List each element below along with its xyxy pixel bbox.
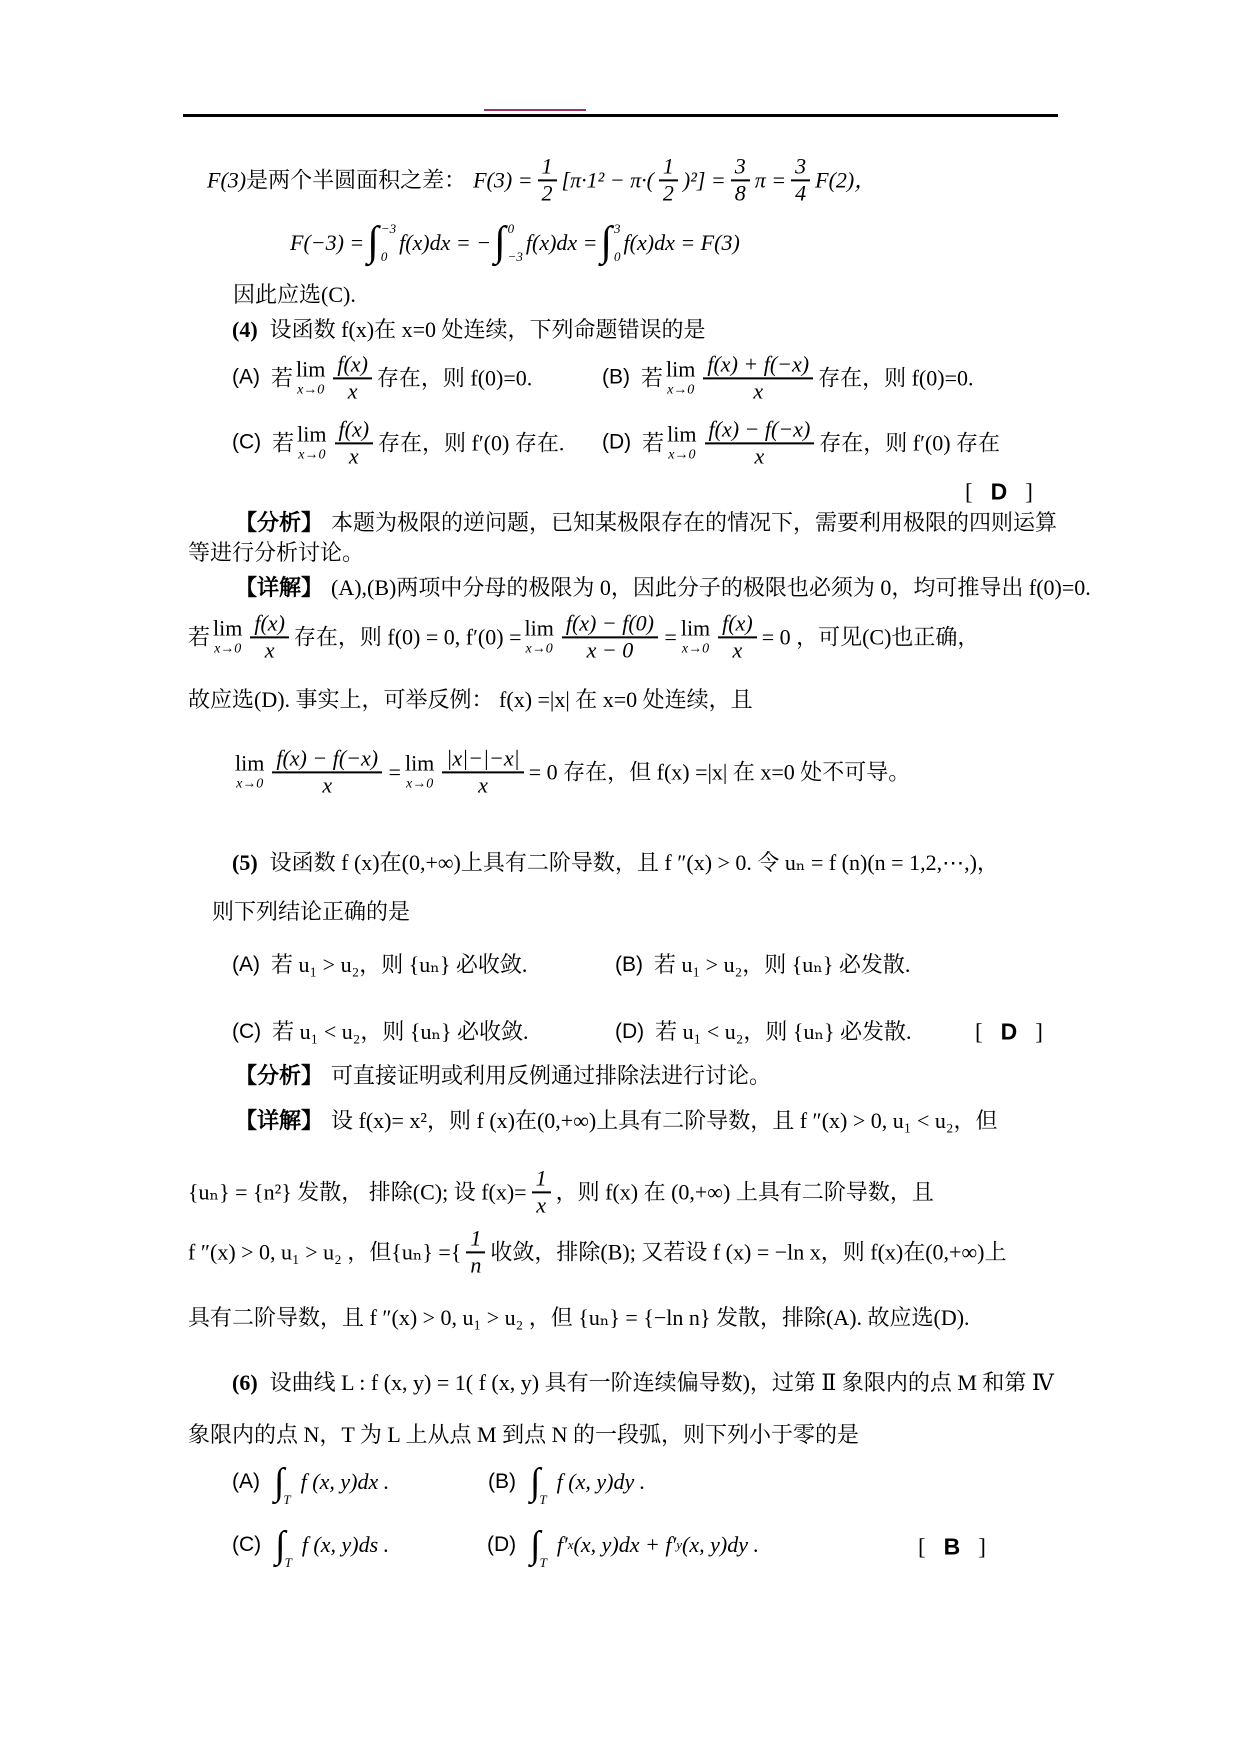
bracket-left: [	[918, 1531, 926, 1562]
fraction-3-8: 38	[731, 154, 750, 205]
option-post: 存在，则 f′(0) 存在	[819, 428, 1000, 458]
upper-bound: −3	[381, 220, 396, 238]
lim-word: lim	[297, 424, 326, 446]
lim-word: lim	[666, 359, 695, 381]
option-body: (x, y)dy .	[682, 1530, 759, 1560]
q5-detail-line3: f ″(x) > 0, u₁ > u₂ ，但{uₙ} ={ 1n 收敛，排除(B…	[188, 1226, 1006, 1277]
line-integral: ∫T	[275, 1527, 299, 1563]
limit-operator: limx→0	[667, 424, 696, 463]
bracket-left: [	[965, 476, 973, 507]
q6-option-d: (D) ∫T f′x (x, y)dx + f′y (x, y)dy .	[487, 1527, 759, 1563]
question-number: (4)	[232, 315, 258, 345]
bracket-right: ]	[1035, 1016, 1043, 1047]
q4-detail-formula: 若 limx→0 f(x)x 存在，则 f(0) = 0, f′(0) = li…	[188, 611, 979, 662]
numerator: f(x) − f(−x)	[272, 746, 382, 773]
answer-letter: D	[991, 476, 1008, 507]
limit-operator: limx→0	[666, 359, 695, 398]
math-eq: )²] =	[683, 165, 726, 195]
q5-option-c: (C) 若 u₁ < u₂，则 {uₙ} 必收敛.	[232, 1017, 529, 1047]
fraction: f(x)x	[333, 352, 372, 403]
integral-subscript: T	[285, 1554, 292, 1572]
option-label: (A)	[232, 951, 260, 979]
zh-intro: 是两个半圆面积之差：	[246, 165, 466, 195]
option-post: 存在，则 f′(0) 存在.	[378, 428, 564, 458]
integral-subscript: T	[283, 1491, 290, 1509]
lim-subscript: x→0	[526, 643, 553, 657]
option-label: (D)	[615, 1018, 644, 1046]
fraction: f(x) − f(−x)x	[272, 746, 382, 797]
detail-mid: 存在，则 f(0) = 0, f′(0) =	[294, 622, 522, 652]
lim-word: lim	[213, 618, 242, 640]
fraction: |x|−|−x|x	[442, 746, 523, 797]
numerator: f(x) − f(0)	[562, 611, 658, 638]
integral-subscript: T	[539, 1491, 546, 1509]
denominator: x	[532, 1193, 550, 1218]
header-divider-line	[183, 114, 1058, 117]
question-6-stem2: 象限内的点 N，T 为 L 上从点 M 到点 N 的一段弧，则下列小于零的是	[188, 1420, 859, 1450]
detail-text: {uₙ} = {n²} 发散， 排除(C); 设 f(x)=	[188, 1177, 527, 1207]
line-integral: ∫T	[530, 1464, 554, 1500]
option-post: 存在，则 f(0)=0.	[377, 363, 532, 393]
q5-detail-line1: 【详解】 设 f(x)= x²，则 f (x)在(0,+∞)上具有二阶导数，且 …	[235, 1106, 998, 1136]
q4-option-a: (A) 若 limx→0 f(x)x 存在，则 f(0)=0.	[232, 352, 532, 403]
denominator: x	[751, 444, 769, 469]
formula-f3-semicircle: F(3) 是两个半圆面积之差： F(3) = 12 [π·1² − π·( 12…	[207, 154, 876, 205]
lim-word: lim	[296, 359, 325, 381]
q6-option-b: (B) ∫T f (x, y)dy .	[488, 1464, 645, 1500]
math-eq: f(x)dx = −	[399, 228, 491, 258]
analysis-text: 等进行分析讨论。	[188, 538, 364, 568]
denominator: n	[466, 1253, 485, 1278]
answer-letter: B	[944, 1531, 961, 1562]
detail-text: 故应选(D). 事实上，可举反例： f(x) =|x| 在 x=0 处连续，且	[188, 685, 753, 715]
question-4-stem: (4) 设函数 f(x)在 x=0 处连续，下列命题错误的是	[232, 315, 706, 345]
q6-option-a: (A) ∫T f (x, y)dx .	[232, 1464, 389, 1500]
option-text: 若 u₁ < u₂，则 {uₙ} 必收敛.	[272, 1017, 528, 1047]
option-label: (C)	[232, 429, 261, 457]
limit-operator: limx→0	[681, 618, 710, 657]
option-label: (A)	[232, 364, 260, 392]
math-eq: F(−3) =	[290, 228, 364, 258]
math-eq: f(x)dx =	[526, 228, 598, 258]
numerator: 1	[466, 1226, 485, 1253]
lim-subscript: x→0	[298, 449, 325, 463]
math-eq: F(2)，	[815, 165, 876, 195]
definite-integral: ∫30	[601, 219, 621, 267]
option-label: (B)	[602, 364, 630, 392]
denominator: x − 0	[583, 638, 638, 663]
option-label: (A)	[232, 1468, 260, 1496]
denominator: x	[345, 444, 363, 469]
denominator: x	[261, 638, 279, 663]
option-pre: 若	[272, 428, 294, 458]
bracket-left: [	[975, 1016, 983, 1047]
math-eq: π =	[755, 165, 786, 195]
lim-subscript: x→0	[236, 778, 263, 792]
lim-word: lim	[667, 424, 696, 446]
q4-analysis-line2: 等进行分析讨论。	[188, 538, 364, 568]
question-number: (5)	[232, 848, 258, 878]
denominator: x	[344, 379, 362, 404]
lim-subscript: x→0	[406, 778, 433, 792]
numerator: |x|−|−x|	[442, 746, 523, 773]
detail-text: f ″(x) > 0, u₁ > u₂ ，但{uₙ} ={	[188, 1237, 461, 1267]
q4-option-c: (C) 若 limx→0 f(x)x 存在，则 f′(0) 存在.	[232, 417, 564, 468]
option-label: (B)	[615, 951, 643, 979]
fraction: f(x) − f(0)x − 0	[562, 611, 658, 662]
limit-operator: limx→0	[235, 753, 264, 792]
denominator: x	[318, 773, 336, 798]
fraction-1-x: 1x	[532, 1166, 551, 1217]
q4-answer: [ D ]	[965, 476, 1033, 507]
fraction: f(x) − f(−x)x	[705, 417, 815, 468]
q4-option-d: (D) 若 limx→0 f(x) − f(−x)x 存在，则 f′(0) 存在	[602, 417, 1000, 468]
detail-pre: 若	[188, 622, 210, 652]
question-text: 设函数 f(x)在 x=0 处连续，下列命题错误的是	[270, 315, 706, 345]
document-page: F(3) 是两个半圆面积之差： F(3) = 12 [π·1² − π·( 12…	[0, 0, 1241, 1754]
option-pre: 若	[641, 363, 663, 393]
upper-bound: 3	[614, 220, 621, 238]
q5-answer: [ D ]	[975, 1016, 1043, 1047]
formula-fm3-integrals: F(−3) = ∫−30 f(x)dx = − ∫0−3 f(x)dx = ∫3…	[290, 219, 740, 267]
lim-word: lim	[524, 618, 553, 640]
fraction: f(x) + f(−x)x	[703, 352, 813, 403]
detail-text: 具有二阶导数，且 f ″(x) > 0, u₁ > u₂ ，但 {uₙ} = {…	[188, 1303, 970, 1333]
lower-bound: 0	[381, 248, 396, 266]
integral-sign: ∫	[601, 223, 613, 263]
numerator: f(x) − f(−x)	[705, 417, 815, 444]
limit-operator: limx→0	[296, 359, 325, 398]
denominator: 4	[791, 181, 810, 206]
option-text: 若 u₁ < u₂，则 {uₙ} 必发散.	[655, 1017, 911, 1047]
question-6-stem: (6) 设曲线 L : f (x, y) = 1( f (x, y) 具有一阶连…	[232, 1368, 1054, 1398]
upper-bound: 0	[508, 220, 523, 238]
lim-word: lim	[405, 753, 434, 775]
math-eq: f(x)dx = F(3)	[624, 228, 740, 258]
q4-option-b: (B) 若 limx→0 f(x) + f(−x)x 存在，则 f(0)=0.	[602, 352, 974, 403]
option-pre: 若	[642, 428, 664, 458]
lim-word: lim	[235, 753, 264, 775]
q5-detail-line2: {uₙ} = {n²} 发散， 排除(C); 设 f(x)= 1x ，则 f(x…	[188, 1166, 934, 1217]
q5-detail-line4: 具有二阶导数，且 f ″(x) > 0, u₁ > u₂ ，但 {uₙ} = {…	[188, 1303, 970, 1333]
question-5-stem: (5) 设函数 f (x)在(0,+∞)上具有二阶导数，且 f ″(x) > 0…	[232, 848, 999, 878]
lim-subscript: x→0	[297, 384, 324, 398]
numerator: f(x)	[333, 352, 372, 379]
fraction: f(x)x	[718, 611, 757, 662]
detail-text: 收敛，排除(B); 又若设 f (x) = −ln x，则 f(x)在(0,+∞…	[490, 1237, 1006, 1267]
fraction-1-2: 12	[659, 154, 678, 205]
option-label: (D)	[487, 1531, 516, 1559]
fraction: f(x)x	[250, 611, 289, 662]
math-eq: [π·1² − π·(	[562, 165, 654, 195]
question-text: 设函数 f (x)在(0,+∞)上具有二阶导数，且 f ″(x) > 0. 令 …	[270, 848, 999, 878]
numerator: 3	[731, 154, 750, 181]
integral-sign: ∫	[367, 223, 379, 263]
conclusion-q3: 因此应选(C).	[233, 280, 356, 310]
lower-bound: 0	[614, 248, 621, 266]
equals: =	[387, 757, 402, 787]
analysis-text: 可直接证明或利用反例通过排除法进行讨论。	[331, 1061, 771, 1091]
integral-bounds: −30	[381, 219, 396, 267]
equals: =	[663, 622, 678, 652]
q5-option-d: (D) 若 u₁ < u₂，则 {uₙ} 必发散.	[615, 1017, 912, 1047]
definite-integral: ∫−30	[367, 219, 396, 267]
integral-subscript: T	[540, 1554, 547, 1572]
denominator: x	[474, 773, 492, 798]
q6-answer: [ B ]	[918, 1531, 986, 1562]
header-pink-underline	[484, 109, 586, 111]
integral-bounds: 30	[614, 219, 621, 267]
fraction-1-n: 1n	[466, 1226, 485, 1277]
conclusion-text: 因此应选(C).	[233, 280, 356, 310]
limit-operator: limx→0	[524, 618, 553, 657]
math-f3: F(3)	[207, 165, 246, 195]
option-post: 存在，则 f(0)=0.	[818, 363, 973, 393]
numerator: f(x)	[718, 611, 757, 638]
analysis-tag: 【分析】	[235, 1061, 323, 1091]
question-text: 设曲线 L : f (x, y) = 1( f (x, y) 具有一阶连续偏导数…	[270, 1368, 1054, 1398]
numerator: 3	[791, 154, 810, 181]
q5-option-a: (A) 若 u₁ > u₂，则 {uₙ} 必收敛.	[232, 950, 527, 980]
question-5-stem2: 则下列结论正确的是	[212, 897, 410, 927]
detail-text: = 0 存在，但 f(x) =|x| 在 x=0 处不可导。	[529, 757, 911, 787]
bracket-right: ]	[1025, 476, 1033, 507]
lower-bound: −3	[508, 248, 523, 266]
fraction: f(x)x	[335, 417, 374, 468]
numerator: 1	[532, 1166, 551, 1193]
option-body: f (x, y)dx .	[301, 1467, 390, 1497]
question-number: (6)	[232, 1368, 258, 1398]
lim-word: lim	[681, 618, 710, 640]
option-text: 若 u₁ > u₂，则 {uₙ} 必收敛.	[271, 950, 527, 980]
detail-text: (A),(B)两项中分母的极限为 0，因此分子的极限也必须为 0，均可推导出 f…	[331, 573, 1091, 603]
q4-analysis-line1: 【分析】 本题为极限的逆问题，已知某极限存在的情况下，需要利用极限的四则运算	[235, 508, 1057, 538]
numerator: 1	[659, 154, 678, 181]
option-label: (C)	[232, 1531, 261, 1559]
numerator: f(x) + f(−x)	[703, 352, 813, 379]
detail-tag: 【详解】	[235, 573, 323, 603]
denominator: x	[729, 638, 747, 663]
detail-text: ，则 f(x) 在 (0,+∞) 上具有二阶导数，且	[556, 1177, 934, 1207]
option-label: (D)	[602, 429, 631, 457]
limit-operator: limx→0	[297, 424, 326, 463]
q6-option-c: (C) ∫T f (x, y)ds .	[232, 1527, 389, 1563]
q5-option-b: (B) 若 u₁ > u₂，则 {uₙ} 必发散.	[615, 950, 910, 980]
lim-subscript: x→0	[668, 449, 695, 463]
definite-integral: ∫0−3	[494, 219, 523, 267]
numerator: f(x)	[335, 417, 374, 444]
detail-mid: = 0 ，可见(C)也正确，	[762, 622, 980, 652]
numerator: f(x)	[250, 611, 289, 638]
lim-subscript: x→0	[214, 643, 241, 657]
answer-letter: D	[1001, 1016, 1018, 1047]
q4-display-formula: limx→0 f(x) − f(−x)x = limx→0 |x|−|−x|x …	[232, 746, 910, 797]
option-body: f′	[557, 1530, 568, 1560]
option-label: (C)	[232, 1018, 261, 1046]
option-body: f (x, y)dy .	[557, 1467, 646, 1497]
question-text: 象限内的点 N，T 为 L 上从点 M 到点 N 的一段弧，则下列小于零的是	[188, 1420, 859, 1450]
detail-text: 设 f(x)= x²，则 f (x)在(0,+∞)上具有二阶导数，且 f ″(x…	[331, 1106, 998, 1136]
q4-detail-line1: 【详解】 (A),(B)两项中分母的极限为 0，因此分子的极限也必须为 0，均可…	[235, 573, 1091, 603]
denominator: 8	[731, 181, 750, 206]
line-integral: ∫T	[274, 1464, 298, 1500]
line-integral: ∫T	[530, 1527, 554, 1563]
denominator: 2	[659, 181, 678, 206]
option-text: 若 u₁ > u₂，则 {uₙ} 必发散.	[654, 950, 910, 980]
denominator: 2	[538, 181, 557, 206]
integral-bounds: 0−3	[508, 219, 523, 267]
q4-detail-line3: 故应选(D). 事实上，可举反例： f(x) =|x| 在 x=0 处连续，且	[188, 685, 753, 715]
denominator: x	[749, 379, 767, 404]
question-text: 则下列结论正确的是	[212, 897, 410, 927]
fraction-3-4: 34	[791, 154, 810, 205]
option-pre: 若	[271, 363, 293, 393]
limit-operator: limx→0	[213, 618, 242, 657]
bracket-right: ]	[978, 1531, 986, 1562]
option-body: (x, y)dx + f′	[574, 1530, 677, 1560]
q5-analysis: 【分析】 可直接证明或利用反例通过排除法进行讨论。	[235, 1061, 771, 1091]
integral-sign: ∫	[494, 223, 506, 263]
math-eq: F(3) =	[473, 165, 532, 195]
numerator: 1	[538, 154, 557, 181]
lim-subscript: x→0	[682, 643, 709, 657]
analysis-text: 本题为极限的逆问题，已知某极限存在的情况下，需要利用极限的四则运算	[331, 508, 1057, 538]
option-label: (B)	[488, 1468, 516, 1496]
fraction-1-2: 12	[538, 154, 557, 205]
option-body: f (x, y)ds .	[302, 1530, 389, 1560]
analysis-tag: 【分析】	[235, 508, 323, 538]
limit-operator: limx→0	[405, 753, 434, 792]
detail-tag: 【详解】	[235, 1106, 323, 1136]
lim-subscript: x→0	[667, 384, 694, 398]
